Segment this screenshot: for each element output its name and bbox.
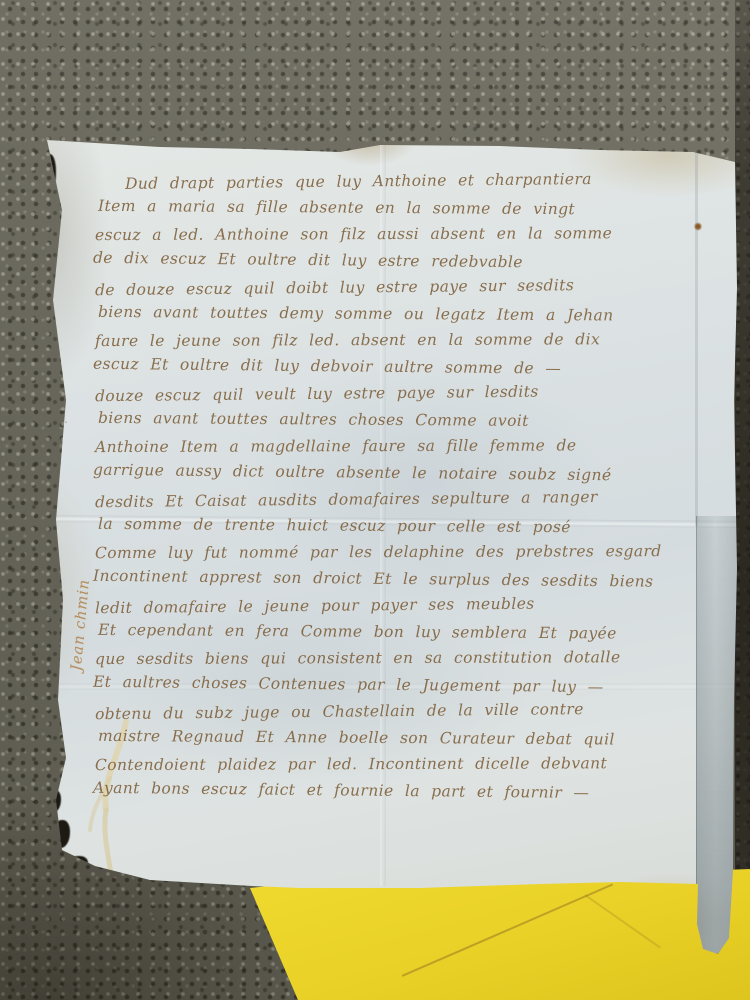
manuscript-line: escuz a led. Anthoine son filz aussi abs… (95, 220, 710, 249)
manuscript-line: Contendoient plaidez par led. Incontinen… (95, 750, 710, 779)
manuscript-line: Et cependant en fera Comme bon luy sembl… (98, 616, 713, 647)
folder-crease (584, 894, 661, 948)
manuscript-lines: Dud drapt parties que luy Anthoine et ch… (95, 168, 710, 804)
manuscript-line: biens avant touttes aultres choses Comme… (98, 404, 713, 435)
manuscript-line: que sesdits biens qui consistent en sa c… (95, 644, 710, 673)
parchment-sheet: Dud drapt parties que luy Anthoine et ch… (40, 138, 740, 953)
carpet-dark-edge (735, 0, 750, 1000)
manuscript-line: maistre Regnaud Et Anne boelle son Curat… (98, 722, 713, 753)
manuscript-line: faure le jeune son filz led. absent en l… (95, 326, 710, 355)
manuscript-line: Item a maria sa fille absente en la somm… (98, 192, 713, 223)
manuscript-line: Comme luy fut nommé par les delaphine de… (95, 538, 710, 567)
manuscript-line: Ayant bons escuz faict et fournie la par… (93, 774, 708, 807)
folder-crease (402, 883, 614, 977)
manuscript-line: Anthoine Item a magdellaine faure sa fil… (95, 432, 710, 461)
manuscript-line: la somme de trente huict escuz pour cell… (98, 510, 713, 541)
manuscript-line: biens avant touttes demy somme ou legatz… (98, 298, 713, 329)
